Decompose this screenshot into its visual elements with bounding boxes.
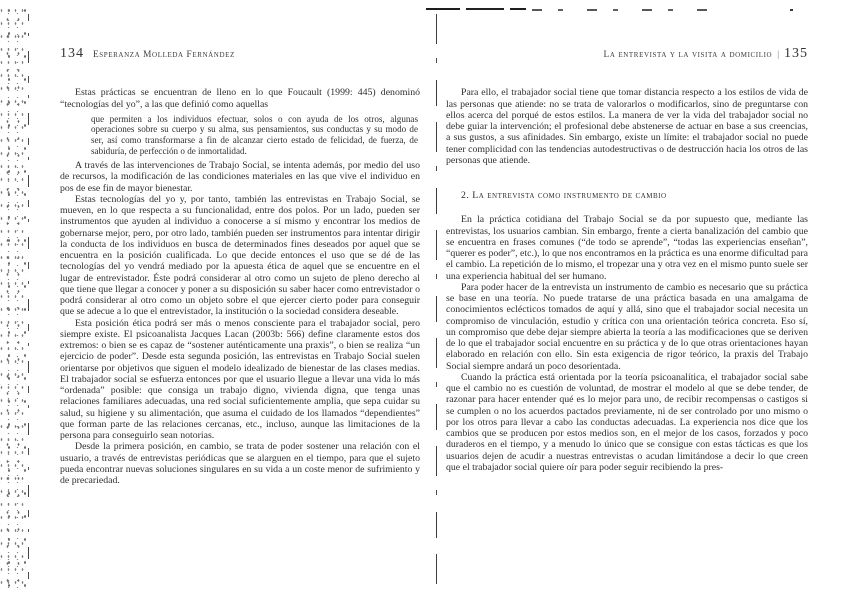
page-header: La entrevista y la visita a domicilio | … <box>446 48 808 61</box>
body-paragraph: Cuando la práctica está orientada por la… <box>446 372 808 473</box>
block-quote: que permiten a los individuos efectuar, … <box>91 114 418 156</box>
section-heading: 2. La entrevista como instrumento de cam… <box>446 190 808 201</box>
top-edge-artifact <box>532 9 707 11</box>
header-separator: | <box>777 49 779 60</box>
page-left: 134 Esperanza Molleda Fernández Estas pr… <box>60 48 420 486</box>
page-header: 134 Esperanza Molleda Fernández <box>60 48 420 61</box>
book-spread: 134 Esperanza Molleda Fernández Estas pr… <box>0 0 848 599</box>
body-paragraph: Para ello, el trabajador social tiene qu… <box>446 87 808 166</box>
body-paragraph: Para poder hacer de la entrevista un ins… <box>446 282 808 372</box>
page-edge-dashed-line <box>28 14 29 589</box>
top-edge-artifact <box>790 9 793 11</box>
page-number: 134 <box>60 48 84 59</box>
page-right: La entrevista y la visita a domicilio | … <box>446 48 808 473</box>
binding-fold-line <box>436 14 437 584</box>
running-head: Esperanza Molleda Fernández <box>93 50 235 61</box>
body-paragraph: En la práctica cotidiana del Trabajo Soc… <box>446 214 808 282</box>
body-paragraph: Esta posición ética podrá ser más o meno… <box>60 318 420 442</box>
top-edge-artifact <box>426 8 526 10</box>
body-paragraph: Estas prácticas se encuentran de lleno e… <box>60 87 420 110</box>
body-paragraph: Estas tecnologías del yo y, por tanto, t… <box>60 194 420 318</box>
page-number: 135 <box>784 48 808 59</box>
running-head: La entrevista y la visita a domicilio <box>604 50 773 61</box>
scan-noise-band <box>0 8 26 593</box>
body-paragraph: A través de las intervenciones de Trabaj… <box>60 160 420 194</box>
body-paragraph: Desde la primera posición, en cambio, se… <box>60 441 420 486</box>
